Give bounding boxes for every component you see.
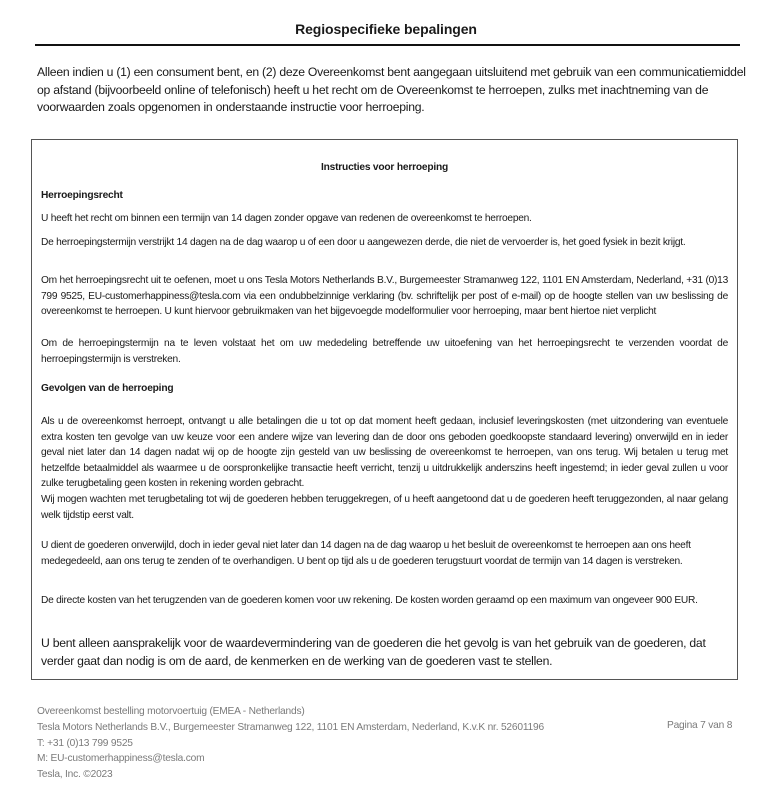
paragraph: De herroepingstermijn verstrijkt 14 dage… [41, 235, 728, 251]
page-number: Pagina 7 van 8 [667, 720, 732, 731]
intro-paragraph: Alleen indien u (1) een consument bent, … [37, 64, 747, 117]
paragraph: Om het herroepingsrecht uit te oefenen, … [41, 273, 728, 320]
footer-copyright: Tesla, Inc. ©2023 [37, 767, 637, 783]
footer-phone: T: +31 (0)13 799 9525 [37, 736, 637, 752]
paragraph: Om de herroepingstermijn na te leven vol… [41, 336, 728, 367]
footer-email: M: EU-customerhappiness@tesla.com [37, 751, 637, 767]
section-heading-withdrawal-right: Herroepingsrecht [41, 190, 123, 201]
footer-company-address: Tesla Motors Netherlands B.V., Burgemees… [37, 720, 637, 736]
instructions-title: Instructies voor herroeping [32, 162, 737, 173]
paragraph: Als u de overeenkomst herroept, ontvangt… [41, 414, 728, 492]
section-heading-consequences: Gevolgen van de herroeping [41, 383, 173, 394]
paragraph: Wij mogen wachten met terugbetaling tot … [41, 492, 728, 523]
title-divider [35, 44, 740, 46]
footer-document-name: Overeenkomst bestelling motorvoertuig (E… [37, 704, 637, 720]
paragraph: U heeft het recht om binnen een termijn … [41, 211, 728, 227]
paragraph: De directe kosten van het terugzenden va… [41, 593, 728, 609]
paragraph-liability: U bent alleen aansprakelijk voor de waar… [41, 634, 728, 670]
withdrawal-instructions-box: Instructies voor herroeping Herroepingsr… [31, 139, 738, 680]
page-footer: Overeenkomst bestelling motorvoertuig (E… [37, 704, 637, 783]
paragraph: U dient de goederen onverwijld, doch in … [41, 538, 728, 569]
page-title: Regiospecifieke bepalingen [0, 21, 772, 37]
